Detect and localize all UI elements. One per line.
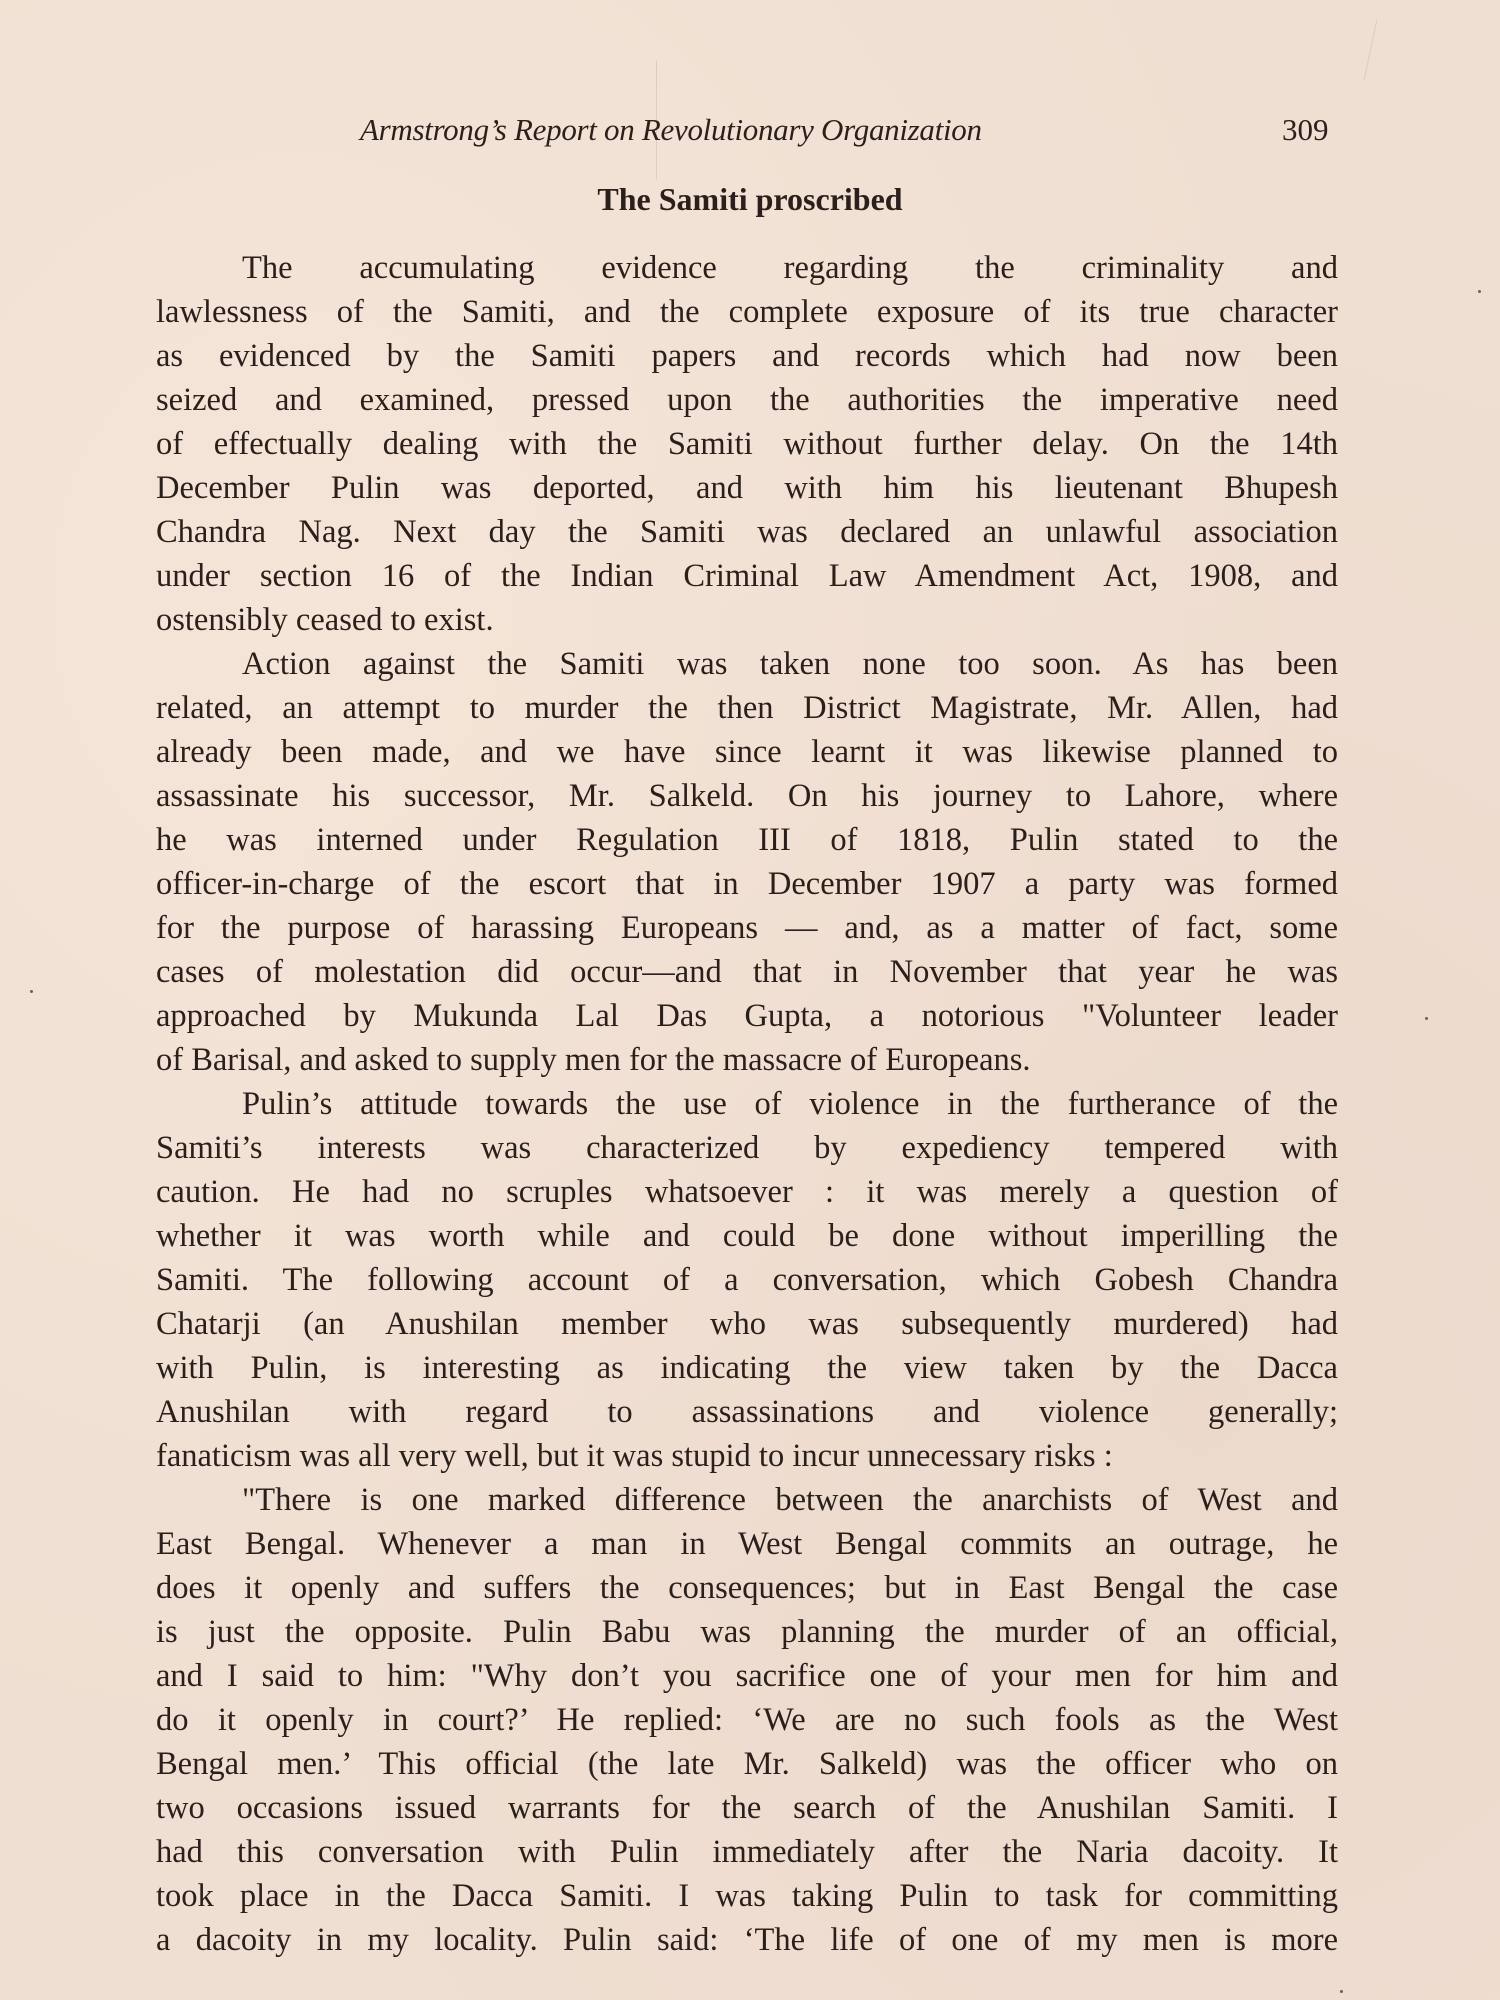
text-line: related, an attempt to murder the then D… (156, 686, 1338, 730)
text-line: Chandra Nag. Next day the Samiti was dec… (156, 510, 1338, 554)
text-line: had this conversation with Pulin immedia… (156, 1830, 1338, 1874)
text-line: does it openly and suffers the consequen… (156, 1566, 1338, 1610)
text-line: do it openly in court?’ He replied: ‘We … (156, 1698, 1338, 1742)
text-line: Bengal men.’ This official (the late Mr.… (156, 1742, 1338, 1786)
paper-crease (656, 60, 657, 180)
text-line: cases of molestation did occur—and that … (156, 950, 1338, 994)
text-line: assassinate his successor, Mr. Salkeld. … (156, 774, 1338, 818)
text-line: of effectually dealing with the Samiti w… (156, 422, 1338, 466)
text-line: of Barisal, and asked to supply men for … (156, 1038, 1338, 1082)
text-line: lawlessness of the Samiti, and the compl… (156, 290, 1338, 334)
text-line: under section 16 of the Indian Criminal … (156, 554, 1338, 598)
paper-speck (1425, 1017, 1428, 1020)
running-header-title: Armstrong’s Report on Revolutionary Orga… (360, 112, 1140, 148)
text-line: already been made, and we have since lea… (156, 730, 1338, 774)
text-line: December Pulin was deported, and with hi… (156, 466, 1338, 510)
text-line: Chatarji (an Anushilan member who was su… (156, 1302, 1338, 1346)
body-text: The accumulating evidence regarding the … (156, 246, 1338, 1962)
text-line: officer-in-charge of the escort that in … (156, 862, 1338, 906)
text-line: ostensibly ceased to exist. (156, 598, 1338, 642)
text-line: a dacoity in my locality. Pulin said: ‘T… (156, 1918, 1338, 1962)
text-line: with Pulin, is interesting as indicating… (156, 1346, 1338, 1390)
text-line: approached by Mukunda Lal Das Gupta, a n… (156, 994, 1338, 1038)
text-line: The accumulating evidence regarding the … (156, 246, 1338, 290)
paper-speck (1340, 1990, 1343, 1993)
text-line: Anushilan with regard to assassinations … (156, 1390, 1338, 1434)
page-number: 309 (1282, 112, 1329, 148)
text-line: two occasions issued warrants for the se… (156, 1786, 1338, 1830)
paper-crease (1364, 21, 1377, 80)
text-line: he was interned under Regulation III of … (156, 818, 1338, 862)
text-line: fanaticism was all very well, but it was… (156, 1434, 1338, 1478)
text-line: and I said to him: "Why don’t you sacrif… (156, 1654, 1338, 1698)
text-line: Action against the Samiti was taken none… (156, 642, 1338, 686)
text-line: Samiti’s interests was characterized by … (156, 1126, 1338, 1170)
text-line: is just the opposite. Pulin Babu was pla… (156, 1610, 1338, 1654)
text-line: took place in the Dacca Samiti. I was ta… (156, 1874, 1338, 1918)
text-line: caution. He had no scruples whatsoever :… (156, 1170, 1338, 1214)
document-page: Armstrong’s Report on Revolutionary Orga… (0, 0, 1500, 2000)
text-line: Pulin’s attitude towards the use of viol… (156, 1082, 1338, 1126)
paper-speck (30, 990, 33, 993)
text-line: seized and examined, pressed upon the au… (156, 378, 1338, 422)
text-line: Samiti. The following account of a conve… (156, 1258, 1338, 1302)
section-heading: The Samiti proscribed (0, 181, 1500, 218)
text-line: "There is one marked difference between … (156, 1478, 1338, 1522)
text-line: whether it was worth while and could be … (156, 1214, 1338, 1258)
text-line: East Bengal. Whenever a man in West Beng… (156, 1522, 1338, 1566)
paper-speck (1478, 290, 1481, 293)
text-line: as evidenced by the Samiti papers and re… (156, 334, 1338, 378)
text-line: for the purpose of harassing Europeans —… (156, 906, 1338, 950)
